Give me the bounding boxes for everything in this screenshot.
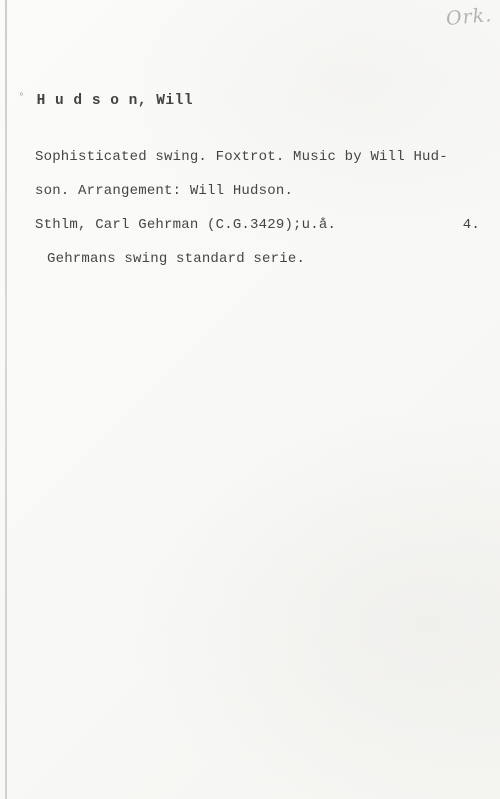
imprint-text: Sthlm, Carl Gehrman (C.G.3429);u.å. xyxy=(35,216,336,250)
pencil-annotation: Ork. xyxy=(445,4,493,30)
series-line: Gehrmans swing standard serie. xyxy=(35,250,482,284)
entry-header: ° H u d s o n, Will xyxy=(18,93,193,109)
card-edge-line xyxy=(5,0,7,799)
shelf-number: 4. xyxy=(463,216,482,250)
entry-body: Sophisticated swing. Foxtrot. Music by W… xyxy=(35,148,482,284)
catalog-card: Ork. ° H u d s o n, Will Sophisticated s… xyxy=(0,0,500,799)
description-line-2: son. Arrangement: Will Hudson. xyxy=(35,182,482,216)
entry-heading-name: H u d s o n, Will xyxy=(37,93,193,109)
description-line-1: Sophisticated swing. Foxtrot. Music by W… xyxy=(35,148,482,182)
ring-mark-icon: ° xyxy=(18,92,25,104)
imprint-line: Sthlm, Carl Gehrman (C.G.3429);u.å. 4. xyxy=(35,216,482,250)
